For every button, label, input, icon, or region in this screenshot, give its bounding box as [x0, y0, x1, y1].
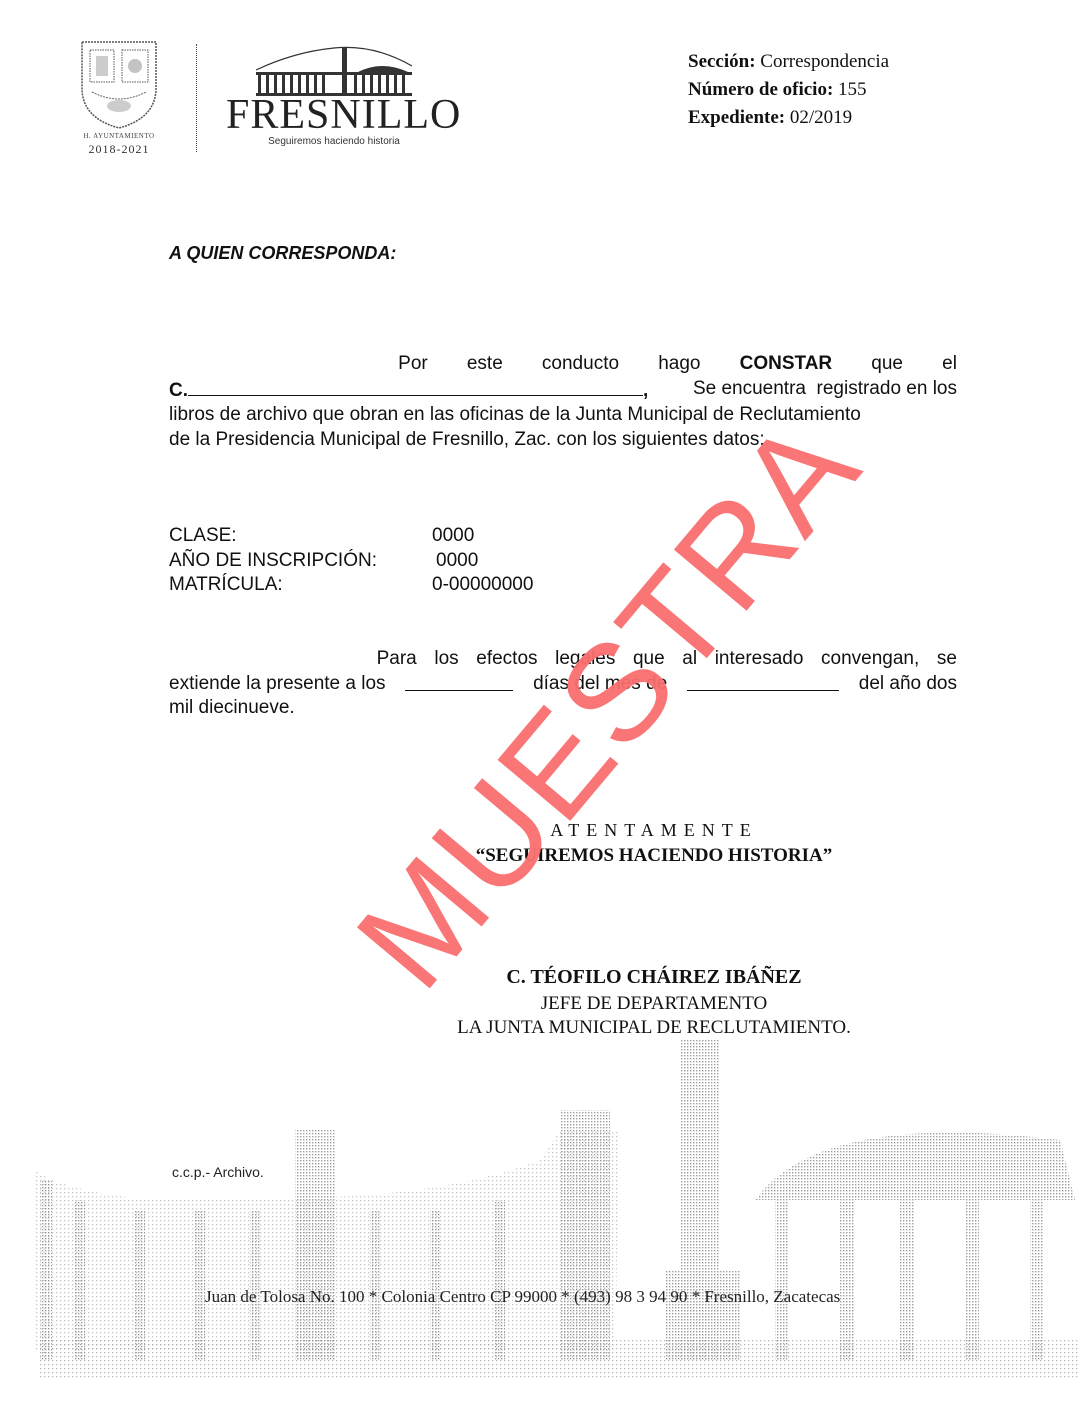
document-page: H. AYUNTAMIENTO 2018-2021 FRESNILL: [0, 0, 1088, 1404]
logo-wordmark: FRESNILLO: [226, 92, 442, 138]
para1-line1: Por este conducto hago CONSTAR que el: [169, 352, 957, 377]
field-clase: CLASE: 0000: [169, 524, 533, 549]
seal-caption: H. AYUNTAMIENTO: [76, 132, 162, 140]
seal-years: 2018-2021: [76, 142, 162, 157]
skyline-background-image: [0, 1040, 1088, 1404]
meta-expediente: Expediente: 02/2019: [688, 104, 889, 132]
paragraph-constancia: Por este conducto hago CONSTAR que el C.…: [169, 352, 957, 452]
signer-name: C. TÉOFILO CHÁIREZ IBÁÑEZ: [110, 966, 1088, 989]
motto: “SEGUIREMOS HACIENDO HISTORIA”: [110, 845, 1088, 867]
document-meta: Sección: Correspondencia Número de ofici…: [688, 48, 889, 132]
header-divider: [196, 44, 197, 152]
municipal-seal: H. AYUNTAMIENTO 2018-2021: [76, 36, 162, 166]
salutation: A QUIEN CORRESPONDA:: [169, 243, 396, 264]
para1-line2: C., Se encuentra registrado en los: [169, 377, 957, 404]
para1-line4: de la Presidencia Municipal de Fresnillo…: [169, 428, 957, 453]
meta-seccion: Sección: Correspondencia: [688, 48, 889, 76]
atentamente: ATENTAMENTE: [110, 820, 1088, 841]
paragraph-efectos: Para los efectos legales que al interesa…: [169, 647, 957, 721]
constar-emphasis: CONSTAR: [740, 352, 833, 377]
signer-title: JEFE DE DEPARTAMENTO: [110, 993, 1088, 1015]
registration-fields: CLASE: 0000 AÑO DE INSCRIPCIÓN: 0000 MAT…: [169, 524, 533, 598]
meta-numero-oficio: Número de oficio: 155: [688, 76, 889, 104]
days-blank-field[interactable]: [405, 672, 513, 691]
coat-of-arms-icon: [76, 36, 162, 132]
para2-line2: extiende la presente a los días del mes …: [169, 672, 957, 697]
month-blank-field[interactable]: [687, 672, 839, 691]
para2-line1: Para los efectos legales que al interesa…: [169, 647, 957, 672]
field-anio-inscripcion: AÑO DE INSCRIPCIÓN: 0000: [169, 549, 533, 574]
field-matricula: MATRÍCULA: 0-00000000: [169, 573, 533, 598]
footer-address: Juan de Tolosa No. 100 * Colonia Centro …: [205, 1287, 840, 1307]
para1-line3: libros de archivo que obran en las ofici…: [169, 403, 957, 428]
logo-tagline: Seguiremos haciendo historia: [226, 136, 442, 147]
para2-line3: mil diecinueve.: [169, 696, 957, 721]
signer-department: LA JUNTA MUNICIPAL DE RECLUTAMIENTO.: [110, 1017, 1088, 1039]
ccp-archive: c.c.p.- Archivo.: [172, 1164, 264, 1180]
fresnillo-logo: FRESNILLO Seguiremos haciendo historia: [226, 42, 442, 152]
skyline-logo-icon: [254, 42, 414, 98]
name-blank-field[interactable]: [188, 377, 643, 396]
